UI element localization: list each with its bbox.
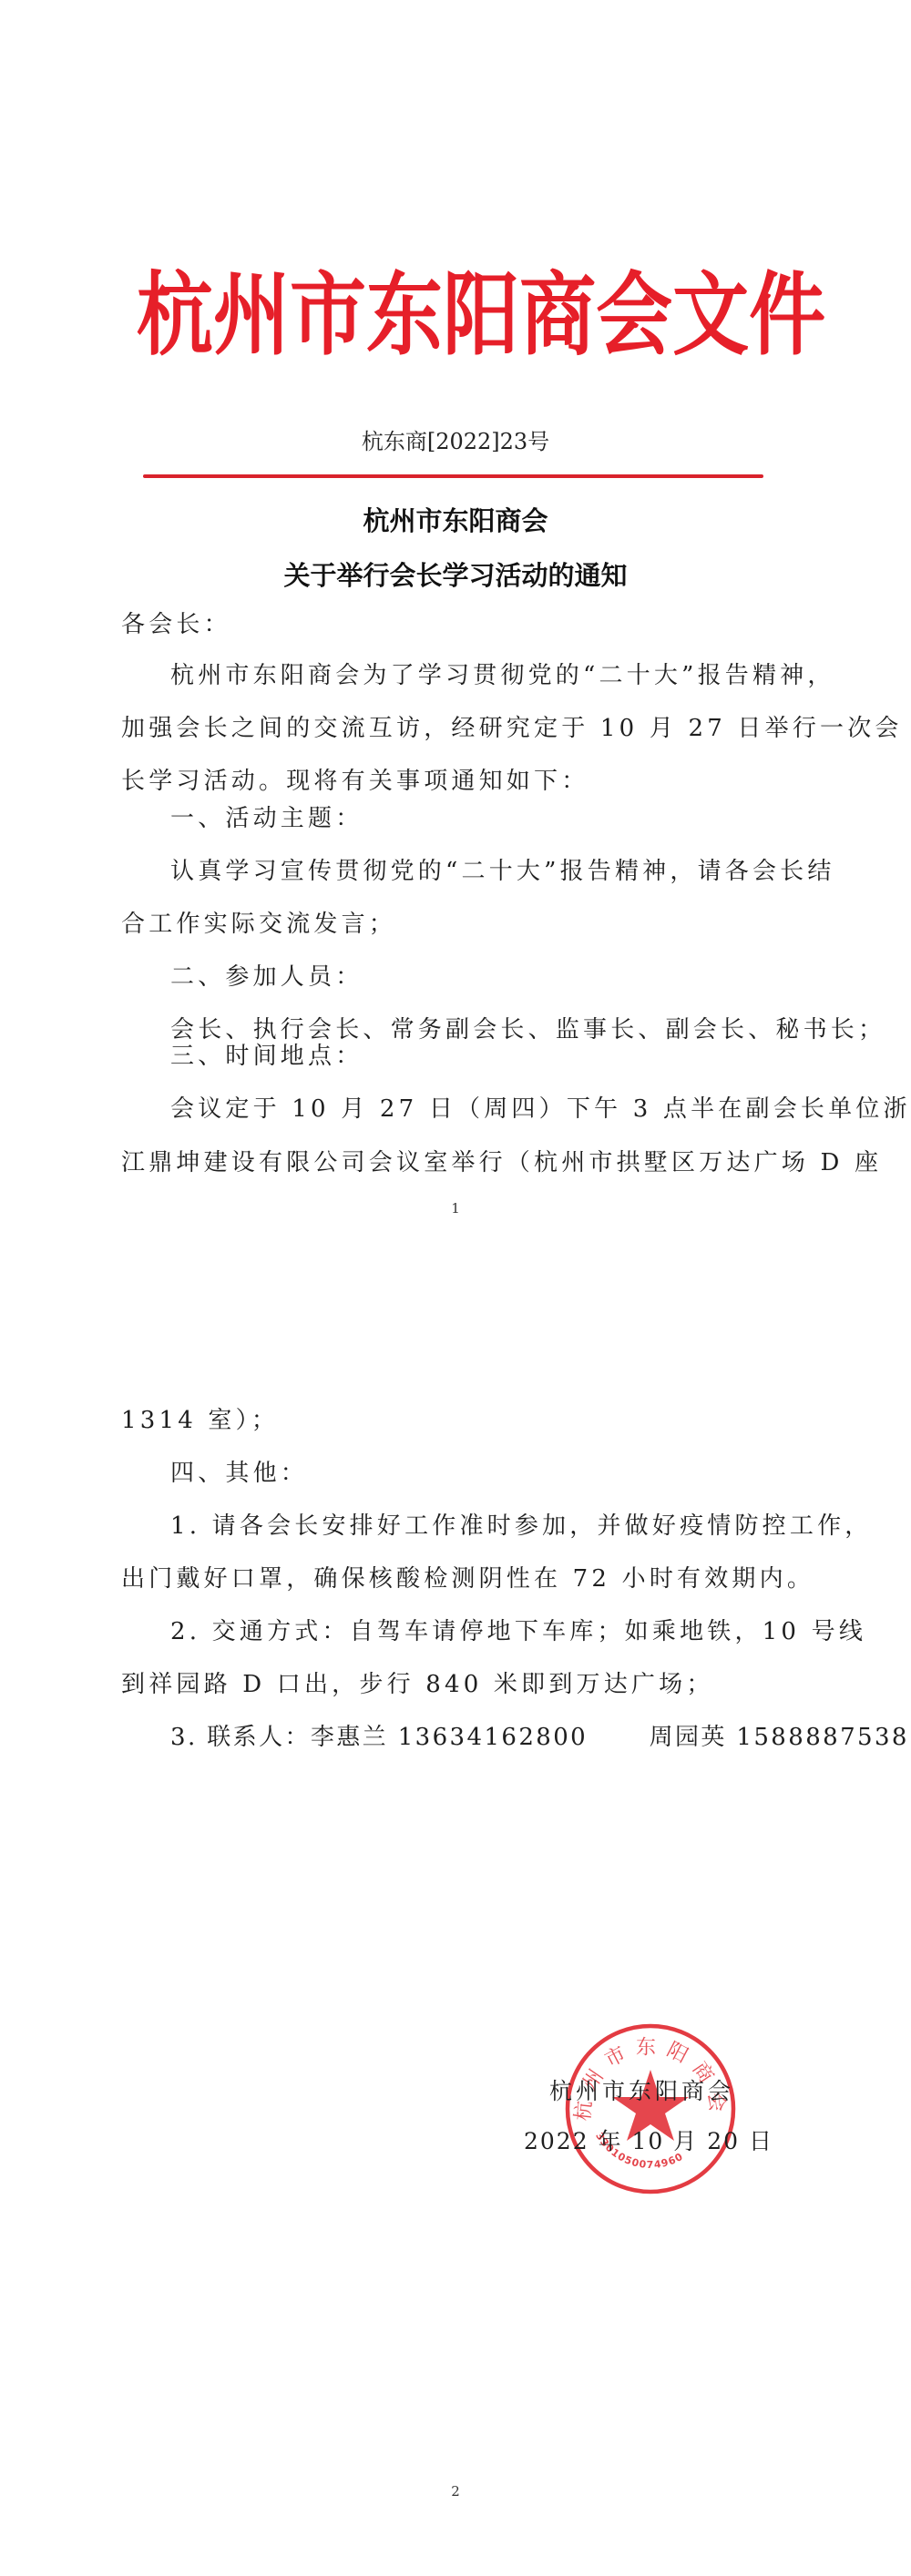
contact-line: 3. 联系人：李惠兰 13634162800 周园英 15888875381 (170, 1719, 822, 1756)
other-item: 出门戴好口罩，确保核酸检测阴性在 72 小时有效期内。 (121, 1561, 773, 1597)
letterhead-char: 州 (213, 261, 290, 369)
intro-line: 长学习活动。现将有关事项通知如下： (121, 763, 773, 799)
signature-org: 杭州市东阳商会 (549, 2075, 734, 2108)
letterhead-char: 文 (672, 261, 749, 369)
letterhead-char: 杭 (137, 261, 213, 369)
other-item: 1. 请各会长安排好工作准时参加，并做好疫情防控工作， (170, 1508, 822, 1544)
notice-title-line2: 关于举行会长学习活动的通知 (0, 557, 911, 594)
letterhead-char: 东 (366, 261, 443, 369)
section-heading-other: 四、其他： (170, 1455, 822, 1492)
section-text: 认真学习宣传贯彻党的“二十大”报告精神，请各会长结 (170, 853, 822, 890)
salutation: 各会长： (121, 606, 773, 643)
section-heading-time-place: 三、时间地点： (170, 1038, 822, 1074)
section-text: 江鼎坤建设有限公司会议室举行（杭州市拱墅区万达广场 D 座 (121, 1145, 773, 1181)
section-text: 会议定于 10 月 27 日（周四）下午 3 点半在副会长单位浙 (170, 1091, 822, 1127)
document-number: 杭东商[2022]23号 (0, 426, 911, 457)
other-item: 2. 交通方式：自驾车请停地下车库；如乘地铁，10 号线 (170, 1614, 822, 1650)
letterhead-char: 商 (519, 261, 596, 369)
intro-line: 加强会长之间的交流互访，经研究定于 10 月 27 日举行一次会 (121, 710, 773, 747)
letterhead-char: 件 (749, 261, 825, 369)
letterhead-char: 会 (596, 261, 672, 369)
section-text: 1314 室）； (121, 1402, 773, 1439)
letterhead-title: 杭 州 市 东 阳 商 会 文 件 (137, 270, 774, 361)
letterhead-char: 阳 (443, 261, 519, 369)
notice-title-line1: 杭州市东阳商会 (0, 503, 911, 539)
section-heading-theme: 一、活动主题： (170, 800, 822, 837)
letterhead-char: 市 (290, 261, 366, 369)
section-text: 合工作实际交流发言； (121, 906, 773, 942)
page-number: 1 (0, 1200, 911, 1217)
other-item: 到祥园路 D 口出，步行 840 米即到万达广场； (121, 1666, 773, 1703)
section-heading-attendees: 二、参加人员： (170, 959, 822, 995)
official-seal-icon: 杭州市东阳商会 3301050074960 (564, 2022, 737, 2195)
intro-line: 杭州市东阳商会为了学习贯彻党的“二十大”报告精神， (170, 657, 822, 694)
page-number: 2 (0, 2483, 911, 2500)
red-divider (143, 474, 763, 478)
signature-date: 2022 年 10 月 20 日 (524, 2125, 773, 2158)
